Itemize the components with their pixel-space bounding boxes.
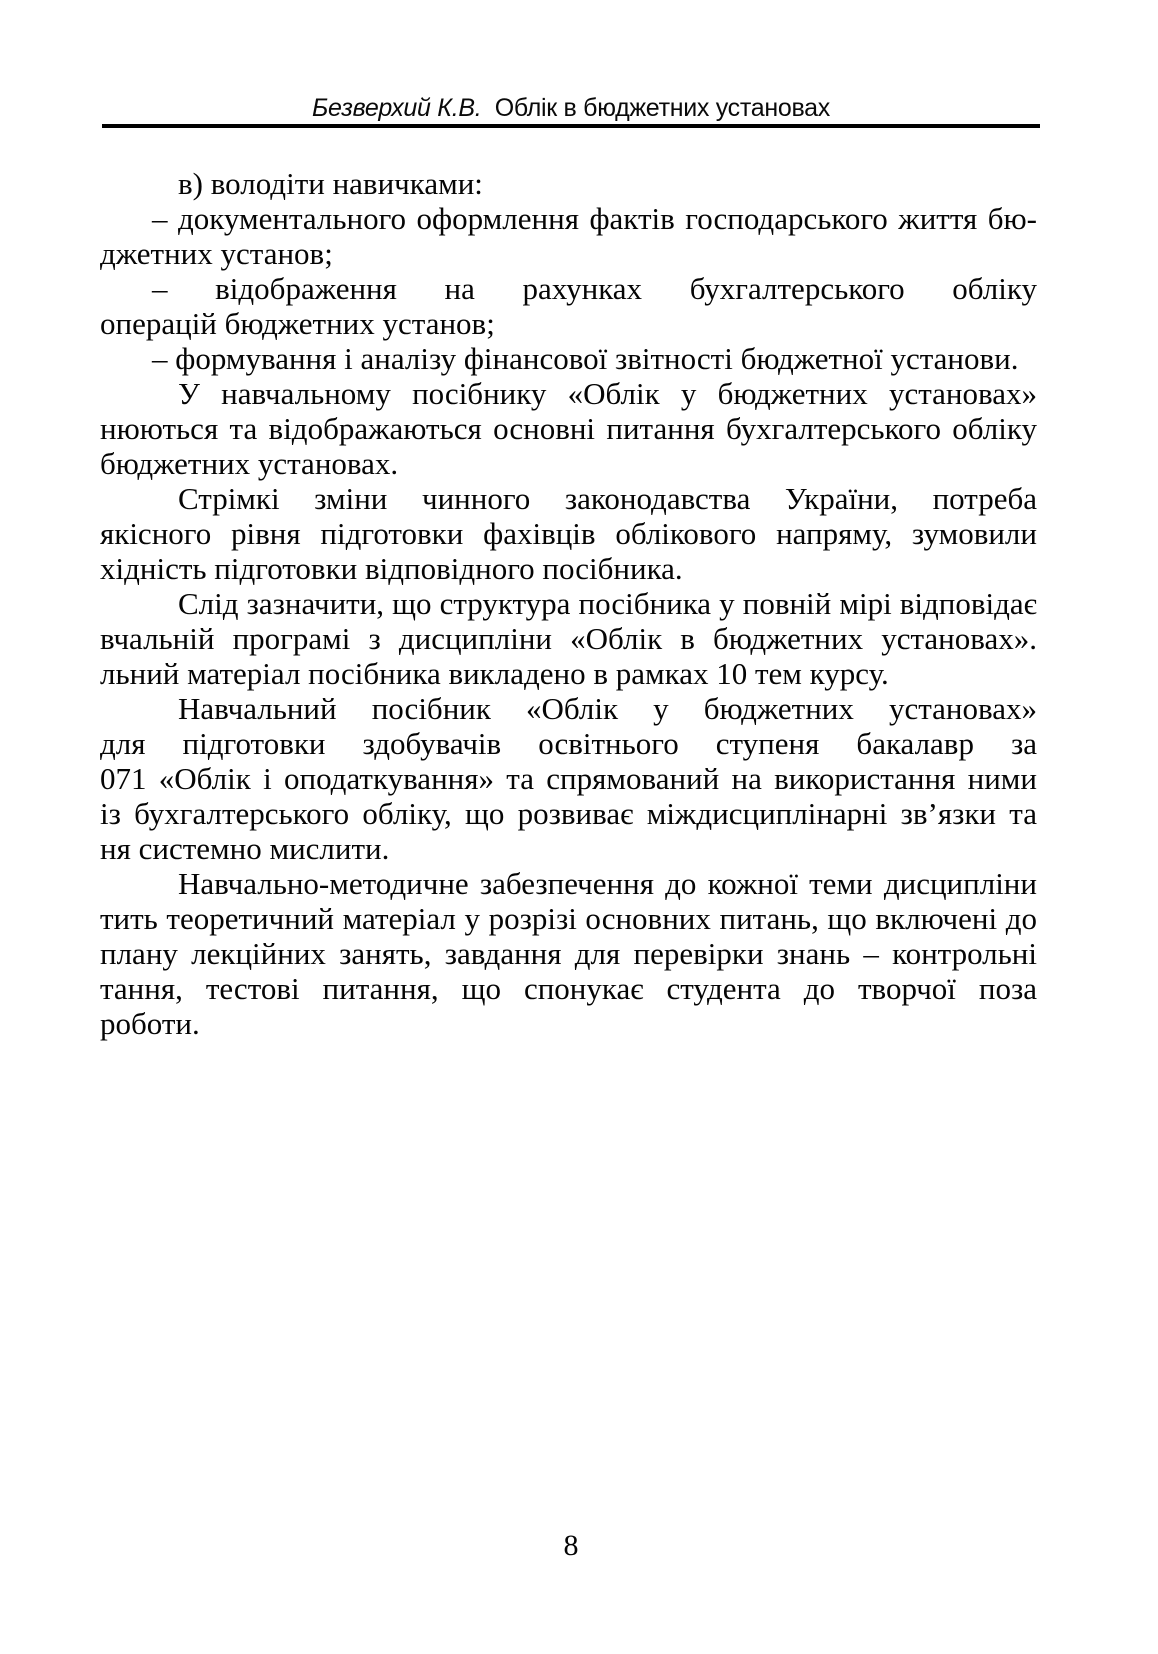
text-line: бюджетних установах. xyxy=(100,446,1037,481)
paragraph: Слід зазначити, що структура посібника у… xyxy=(100,586,1037,691)
header-spacer xyxy=(488,94,495,122)
header-rule xyxy=(102,124,1040,128)
text-line: нюються та відображаються основні питанн… xyxy=(100,411,1037,446)
text-line: тить теоретичний матеріал у розрізі осно… xyxy=(100,901,1037,936)
text-line: Навчально-методичне забезпечення до кожн… xyxy=(100,866,1037,901)
paragraph: Навчально-методичне забезпечення до кожн… xyxy=(100,866,1037,1041)
paragraph: Навчальний посібник «Облік у бюджетних у… xyxy=(100,691,1037,866)
text-line: операцій бюджетних установ; xyxy=(100,306,1037,341)
text-line: У навчальному посібнику «Облік у бюджетн… xyxy=(100,376,1037,411)
text-line: Навчальний посібник «Облік у бюджетних у… xyxy=(100,691,1037,726)
document-page: Безверхий К.В. Облік в бюджетних установ… xyxy=(0,0,1158,1654)
text-line: 071 «Облік і оподаткування» та спрямован… xyxy=(100,761,1037,796)
text-line: в) володіти навичками: xyxy=(100,166,1037,201)
header-title: Облік в бюджетних установах xyxy=(495,94,830,122)
text-line: – документального оформлення фактів госп… xyxy=(100,201,1037,236)
text-line: хідність підготовки відповідного посібни… xyxy=(100,551,1037,586)
text-line: роботи. xyxy=(100,1006,1037,1041)
text-line: – формування і аналізу фінансової звітно… xyxy=(100,341,1037,376)
running-header: Безверхий К.В. Облік в бюджетних установ… xyxy=(102,93,1040,123)
text-line: джетних установ; xyxy=(100,236,1037,271)
page-footer: 8 xyxy=(102,1528,1040,1564)
header-author: Безверхий К.В. xyxy=(312,94,481,122)
paragraph: У навчальному посібнику «Облік у бюджетн… xyxy=(100,376,1037,481)
page-number: 8 xyxy=(564,1529,579,1562)
text-line: тання, тестові питання, що спонукає студ… xyxy=(100,971,1037,1006)
text-line: із бухгалтерського обліку, що розвиває м… xyxy=(100,796,1037,831)
text-line: плану лекційних занять, завдання для пер… xyxy=(100,936,1037,971)
paragraph: – документального оформлення фактів госп… xyxy=(100,201,1037,271)
text-line: вчальній програмі з дисципліни «Облік в … xyxy=(100,621,1037,656)
paragraph: – відображення на рахунках бухгалтерсько… xyxy=(100,271,1037,341)
page-body: в) володіти навичками:– документального … xyxy=(100,166,1037,1041)
paragraph: Стрімкі зміни чинного законодавства Укра… xyxy=(100,481,1037,586)
text-line: Слід зазначити, що структура посібника у… xyxy=(100,586,1037,621)
text-line: Стрімкі зміни чинного законодавства Укра… xyxy=(100,481,1037,516)
text-line: – відображення на рахунках бухгалтерсько… xyxy=(100,271,1037,306)
text-line: льний матеріал посібника викладено в рам… xyxy=(100,656,1037,691)
text-line: якісного рівня підготовки фахівців облік… xyxy=(100,516,1037,551)
paragraph: в) володіти навичками: xyxy=(100,166,1037,201)
text-line: ня системно мислити. xyxy=(100,831,1037,866)
text-line: для підготовки здобувачів освітнього сту… xyxy=(100,726,1037,761)
paragraph: – формування і аналізу фінансової звітно… xyxy=(100,341,1037,376)
